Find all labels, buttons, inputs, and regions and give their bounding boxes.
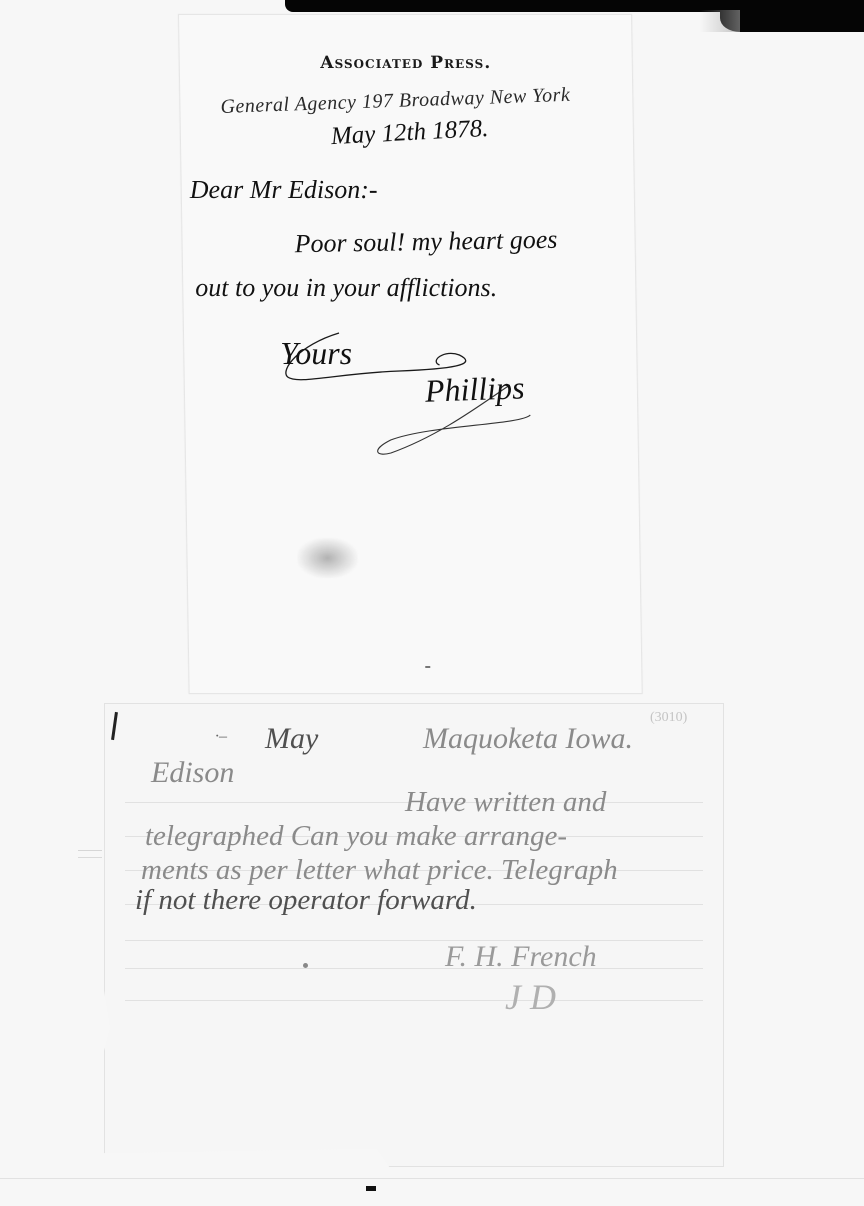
note-body-line: telegraphed Can you make arrange- bbox=[145, 820, 567, 853]
letter-signature: Phillips bbox=[424, 369, 525, 409]
note-month: May bbox=[265, 722, 318, 756]
letterhead-address: General Agency 197 Broadway New York bbox=[220, 82, 621, 119]
letter-salutation: Dear Mr Edison:- bbox=[190, 175, 378, 205]
note-signature: F. H. French bbox=[445, 940, 597, 974]
paper-speck bbox=[303, 963, 308, 968]
note-body-line: ments as per letter what price. Telegrap… bbox=[141, 854, 618, 887]
scan-bottom-edge bbox=[0, 1178, 864, 1179]
ink-stroke-mark bbox=[111, 712, 118, 740]
note-dash-mark: ·– bbox=[215, 728, 227, 746]
letter-body-line: Poor soul! my heart goes bbox=[294, 225, 558, 260]
scanner-shadow-top-right bbox=[720, 8, 864, 32]
ruled-line bbox=[125, 940, 703, 941]
scanner-shadow-fade bbox=[700, 10, 740, 32]
document-number: (3010) bbox=[650, 710, 687, 726]
ruled-line bbox=[125, 968, 703, 969]
paper-mark bbox=[425, 666, 430, 668]
letter-body-line: out to you in your afflictions. bbox=[195, 273, 497, 303]
associated-press-letter: Associated Press. General Agency 197 Bro… bbox=[178, 14, 643, 694]
note-body-line: Have written and bbox=[405, 786, 606, 819]
letter-closing: Yours bbox=[280, 335, 352, 372]
ruled-line bbox=[125, 1000, 703, 1001]
note-body-line: if not there operator forward. bbox=[135, 884, 477, 917]
note-place: Maquoketa Iowa. bbox=[423, 722, 633, 756]
letterhead-title: Associated Press. bbox=[180, 53, 632, 73]
note-salutation: Edison bbox=[151, 756, 234, 790]
note-initials: J D bbox=[505, 976, 556, 1018]
scan-mark bbox=[366, 1186, 376, 1191]
letter-date: May 12th 1878. bbox=[330, 115, 489, 151]
margin-mark bbox=[78, 850, 102, 858]
french-pencil-note: ·– May Maquoketa Iowa. (3010) Edison Hav… bbox=[104, 703, 724, 1167]
ink-stamp-smudge bbox=[297, 538, 358, 578]
